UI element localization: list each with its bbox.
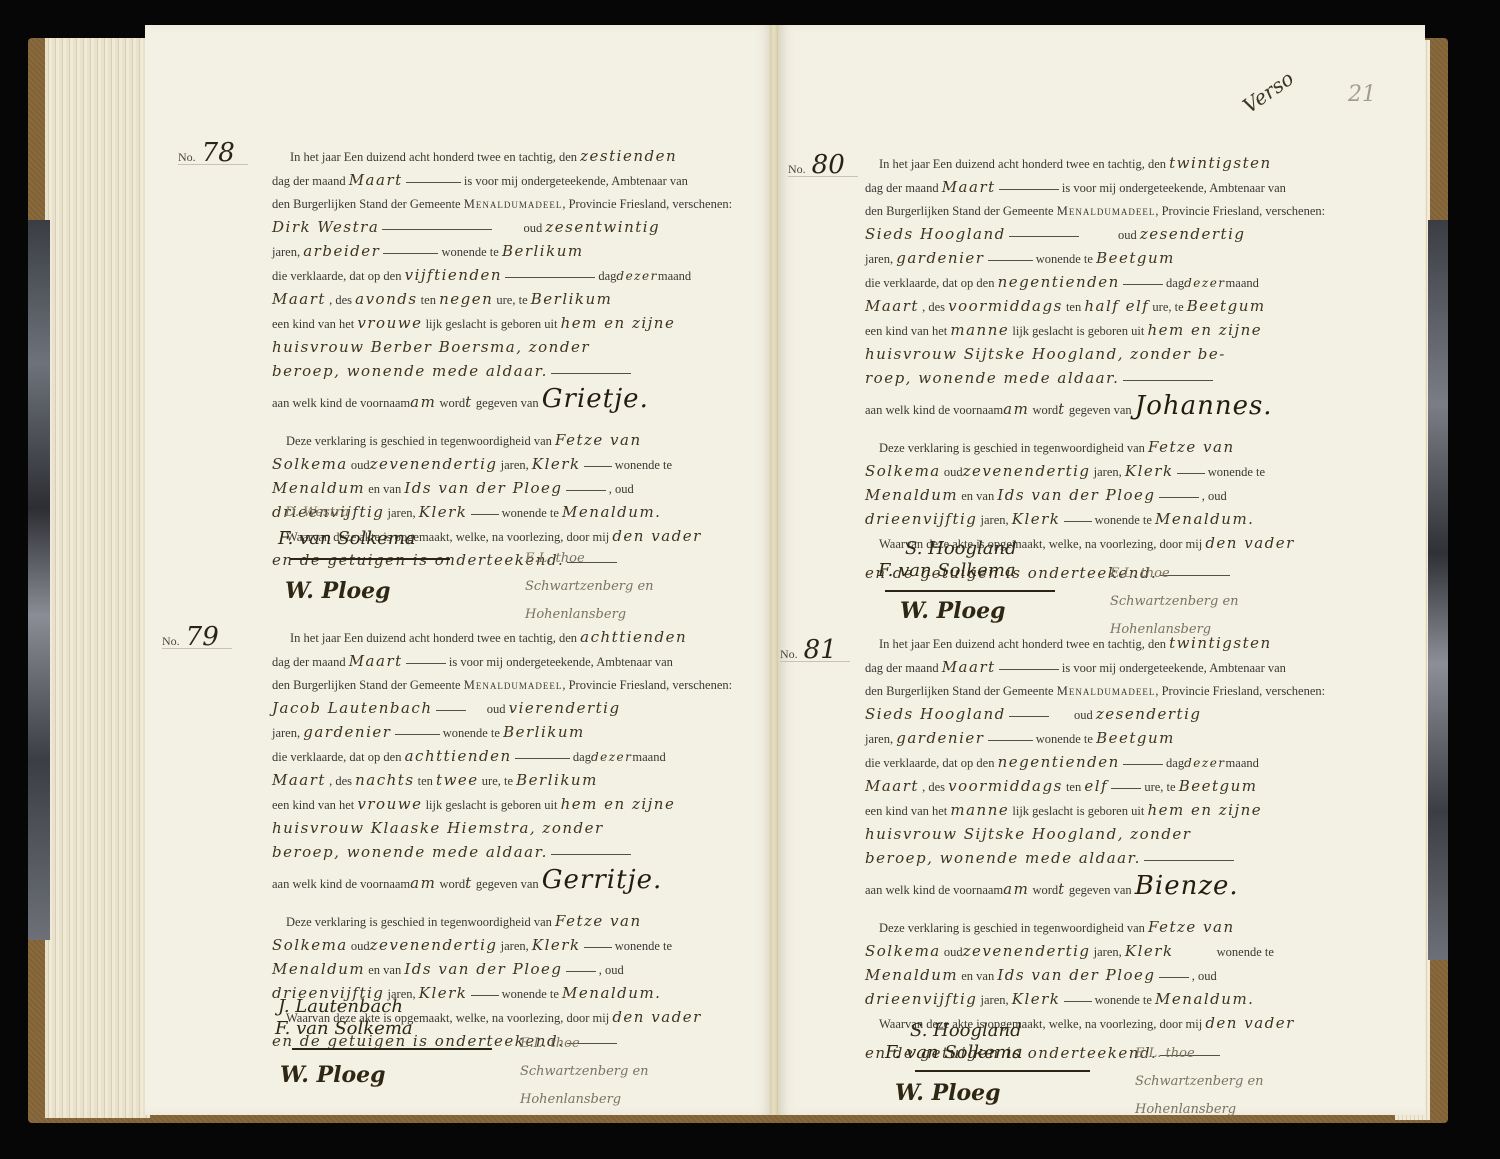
witness2-residence: Menaldum. xyxy=(562,503,661,521)
printed-text: , des xyxy=(922,780,945,794)
record-number: No.79 xyxy=(162,622,219,652)
witness2-occupation: Klerk xyxy=(419,984,468,1002)
deze: dezer xyxy=(1184,756,1225,770)
printed-text: , oud xyxy=(1202,489,1227,503)
printed-text: ure, te xyxy=(1144,780,1175,794)
printed-text: , des xyxy=(922,300,945,314)
no-label: No. xyxy=(178,150,196,164)
witness1-residence: Menaldum xyxy=(865,486,958,504)
printed-text: oud xyxy=(1074,708,1093,722)
printed-text: is voor mij ondergeteekende, Ambtenaar v… xyxy=(449,655,673,669)
printed-text: dag der maand xyxy=(865,181,939,195)
mother-residence: beroep, wonende mede aldaar. xyxy=(272,362,548,380)
printed-text: lijk geslacht is geboren uit xyxy=(1012,804,1144,818)
witness2-residence: Menaldum. xyxy=(562,984,661,1002)
printed-text: oud xyxy=(524,221,543,235)
record-number: No.81 xyxy=(780,635,837,665)
registration-month: Maart xyxy=(942,178,996,196)
printed-text: wonende te xyxy=(1036,252,1093,266)
declarant-name: Jacob Lautenbach xyxy=(272,699,433,717)
birth-hour: half elf xyxy=(1084,297,1149,315)
child-sex: vrouwe xyxy=(357,795,422,813)
printed-text: , oud xyxy=(599,963,624,977)
printed-text: den Burgerlijken Stand der Gemeente xyxy=(865,684,1054,698)
printed-text: jaren, xyxy=(981,993,1009,1007)
printed-text: die verklaarde, dat op den xyxy=(865,276,994,290)
printed-text: jaren, xyxy=(865,732,893,746)
printed-text: jaren, xyxy=(388,506,416,520)
declarant-name: Sieds Hoogland xyxy=(865,225,1006,243)
child-name: Grietje. xyxy=(542,384,649,414)
printed-text: wonende te xyxy=(615,939,672,953)
printed-text: word xyxy=(439,396,465,410)
witness2-signature: W. Ploeg xyxy=(900,598,1006,624)
printed-text: en van xyxy=(368,482,401,496)
printed-text: is voor mij ondergeteekende, Ambtenaar v… xyxy=(1062,181,1286,195)
birth-hour: elf xyxy=(1084,777,1108,795)
mother-residence: roep, wonende mede aldaar. xyxy=(865,369,1119,387)
witness2-name: Ids van der Ploeg xyxy=(404,479,562,497)
declarant-occupation: gardenier xyxy=(896,249,984,267)
printed-text: jaren, xyxy=(501,939,529,953)
declarant-name: Dirk Westra xyxy=(272,218,379,236)
birth-record: In het jaar Een duizend acht honderd twe… xyxy=(272,626,772,1054)
record-number: No.78 xyxy=(178,138,235,168)
printed-text: , oud xyxy=(1192,969,1217,983)
divider xyxy=(780,661,850,662)
printed-text: gegeven van xyxy=(1069,403,1132,417)
printed-text: en van xyxy=(961,969,994,983)
printed-text: , Provincie Friesland, verschenen: xyxy=(562,197,732,211)
father-signature: S. Hoogland xyxy=(910,1020,1022,1041)
declarant-residence: Beetgum xyxy=(1096,729,1175,747)
printed-text: gegeven van xyxy=(476,396,539,410)
witness1-age: zevenendertig xyxy=(370,455,498,473)
child-sex: manne xyxy=(950,321,1009,339)
printed-text: die verklaarde, dat op den xyxy=(272,750,401,764)
mother-residence: beroep, wonende mede aldaar. xyxy=(272,843,548,861)
declarant-residence: Berlikum xyxy=(502,242,584,260)
witness1-surname: Solkema xyxy=(865,462,941,480)
printed-text: die verklaarde, dat op den xyxy=(272,269,401,283)
printed-text: die verklaarde, dat op den xyxy=(865,756,994,770)
witness2-signature: W. Ploeg xyxy=(895,1080,1001,1106)
no-label: No. xyxy=(788,162,806,176)
printed-text: ten xyxy=(421,293,436,307)
printed-text: word xyxy=(1032,883,1058,897)
printed-text: jaren, xyxy=(1094,945,1122,959)
witness2-occupation: Klerk xyxy=(1012,510,1061,528)
mother: huisvrouw Klaaske Hiemstra, zonder xyxy=(272,819,604,837)
printed-text: , Provincie Friesland, verschenen: xyxy=(1155,684,1325,698)
printed-text: den Burgerlijken Stand der Gemeente xyxy=(865,204,1054,218)
printed-text: word xyxy=(439,877,465,891)
printed-text: oud xyxy=(351,939,370,953)
parents: hem en zijne xyxy=(1147,801,1262,819)
printed-text: ten xyxy=(1066,780,1081,794)
page-number: 21 xyxy=(1348,82,1376,107)
witness2-occupation: Klerk xyxy=(1012,990,1061,1008)
witness1-surname: Solkema xyxy=(272,455,348,473)
printed-text: jaren, xyxy=(1094,465,1122,479)
child-name: Bienze. xyxy=(1135,871,1239,901)
printed-text: gegeven van xyxy=(1069,883,1132,897)
father-signature: D. Westra xyxy=(285,505,349,520)
printed-text: , Provincie Friesland, verschenen: xyxy=(562,678,732,692)
witness1-occupation: Klerk xyxy=(532,936,581,954)
signature-underline xyxy=(915,1070,1090,1072)
parents: hem en zijne xyxy=(1147,321,1262,339)
printed-text: wonende te xyxy=(502,987,559,1001)
printed-text: aan welk kind de voornaam xyxy=(865,403,1003,417)
printed-text: Deze verklaring is geschied in tegenwoor… xyxy=(879,921,1145,935)
deze: dezer xyxy=(591,750,632,764)
printed-text: jaren, xyxy=(865,252,893,266)
printed-text: aan welk kind de voornaam xyxy=(272,396,410,410)
mother-residence: beroep, wonende mede aldaar. xyxy=(865,849,1141,867)
handwritten-suffix: am xyxy=(1003,880,1029,898)
official-signature: E.L. thoe Schwartzenberg en Hohenlansber… xyxy=(1135,1040,1305,1124)
divider xyxy=(162,648,232,649)
printed-text: en van xyxy=(961,489,994,503)
official-signature: E.L. thoe Schwartzenberg en Hohenlansber… xyxy=(525,545,675,629)
printed-text: een kind van het xyxy=(865,324,947,338)
printed-text: wonende te xyxy=(1095,513,1152,527)
signature-underline xyxy=(290,558,450,560)
birth-place: Berlikum xyxy=(516,771,598,789)
witness1-age: zevenendertig xyxy=(963,462,1091,480)
witness2-age: drieenvijftig xyxy=(865,990,977,1008)
printed-text: wonende te xyxy=(615,458,672,472)
witness2-age: drieenvijftig xyxy=(865,510,977,528)
birth-place: Beetgum xyxy=(1179,777,1258,795)
printed-text: maand xyxy=(632,750,665,764)
witness2-name: Ids van der Ploeg xyxy=(997,486,1155,504)
witness1-occupation: Klerk xyxy=(532,455,581,473)
printed-text: oud xyxy=(1118,228,1137,242)
declarant-name: Sieds Hoogland xyxy=(865,705,1006,723)
municipality: Menaldumadeel xyxy=(1057,684,1156,698)
mother: huisvrouw Sijtske Hoogland, zonder xyxy=(865,825,1191,843)
printed-text: wonende te xyxy=(443,726,500,740)
declarant-age: zesendertig xyxy=(1096,705,1202,723)
birth-month: Maart xyxy=(272,771,326,789)
witness1-name: Fetze van xyxy=(555,912,642,930)
mother: huisvrouw Berber Boersma, zonder xyxy=(272,338,590,356)
time-of-day: avonds xyxy=(355,290,417,308)
witness2-name: Ids van der Ploeg xyxy=(997,966,1155,984)
witness1-occupation: Klerk xyxy=(1125,942,1174,960)
handwritten-suffix: t xyxy=(1058,880,1066,898)
printed-text: een kind van het xyxy=(865,804,947,818)
printed-text: dag der maand xyxy=(865,661,939,675)
printed-text: jaren, xyxy=(272,726,300,740)
child-sex: vrouwe xyxy=(357,314,422,332)
father-signature: J. Lautenbach xyxy=(278,996,403,1017)
child-sex: manne xyxy=(950,801,1009,819)
child-name: Gerritje. xyxy=(542,865,663,895)
printed-text: dag xyxy=(573,750,591,764)
birth-record: In het jaar Een duizend acht honderd twe… xyxy=(865,632,1365,1066)
printed-text: wonende te xyxy=(1208,465,1265,479)
printed-text: jaren, xyxy=(981,513,1009,527)
printed-text: ure, te xyxy=(1152,300,1183,314)
printed-text: een kind van het xyxy=(272,317,354,331)
handwritten-suffix: t xyxy=(465,393,473,411)
handwritten-suffix: am xyxy=(410,393,436,411)
birth-record: In het jaar Een duizend acht honderd twe… xyxy=(865,152,1365,586)
printed-text: oud xyxy=(944,945,963,959)
registration-month: Maart xyxy=(349,171,403,189)
signed-by: den vader xyxy=(612,527,701,545)
municipality: Menaldumadeel xyxy=(464,197,563,211)
printed-text: en van xyxy=(368,963,401,977)
printed-text: Deze verklaring is geschied in tegenwoor… xyxy=(286,915,552,929)
record-number: No.80 xyxy=(788,150,845,180)
signed-by: den vader xyxy=(1205,534,1294,552)
birth-hour: negen xyxy=(439,290,493,308)
printed-text: In het jaar Een duizend acht honderd twe… xyxy=(290,631,577,645)
birth-place: Beetgum xyxy=(1187,297,1266,315)
registration-day: achttienden xyxy=(580,628,687,646)
no-label: No. xyxy=(780,647,798,661)
signature-underline xyxy=(885,590,1055,592)
printed-text: maand xyxy=(658,269,691,283)
handwritten-suffix: am xyxy=(1003,400,1029,418)
registration-month: Maart xyxy=(349,652,403,670)
printed-text: wonende te xyxy=(502,506,559,520)
declarant-age: vierendertig xyxy=(509,699,621,717)
declarant-age: zesentwintig xyxy=(545,218,660,236)
witness2-name: Ids van der Ploeg xyxy=(404,960,562,978)
printed-text: ure, te xyxy=(482,774,513,788)
printed-text: lijk geslacht is geboren uit xyxy=(426,317,558,331)
printed-text: wonende te xyxy=(1217,945,1274,959)
witness1-age: zevenendertig xyxy=(370,936,498,954)
witness1-signature: F. van Solkema xyxy=(878,560,1016,581)
no-label: No. xyxy=(162,634,180,648)
witness2-signature: W. Ploeg xyxy=(285,578,391,604)
printed-text: Deze verklaring is geschied in tegenwoor… xyxy=(879,441,1145,455)
witness1-signature: F. van Solkema xyxy=(885,1042,1023,1063)
declarant-occupation: arbeider xyxy=(303,242,380,260)
printed-text: aan welk kind de voornaam xyxy=(865,883,1003,897)
printed-text: gegeven van xyxy=(476,877,539,891)
witness1-surname: Solkema xyxy=(865,942,941,960)
printed-text: , des xyxy=(329,293,352,307)
marbled-board-right xyxy=(1428,220,1448,960)
printed-text: dag der maand xyxy=(272,174,346,188)
witness2-residence: Menaldum. xyxy=(1155,510,1254,528)
printed-text: dag der maand xyxy=(272,655,346,669)
printed-text: wonende te xyxy=(1036,732,1093,746)
printed-text: , des xyxy=(329,774,352,788)
declarant-occupation: gardenier xyxy=(303,723,391,741)
birth-place: Berlikum xyxy=(531,290,613,308)
printed-text: lijk geslacht is geboren uit xyxy=(1012,324,1144,338)
handwritten-suffix: am xyxy=(410,874,436,892)
printed-text: een kind van het xyxy=(272,798,354,812)
printed-text: aan welk kind de voornaam xyxy=(272,877,410,891)
witness1-age: zevenendertig xyxy=(963,942,1091,960)
printed-text: wonende te xyxy=(1095,993,1152,1007)
child-name: Johannes. xyxy=(1135,391,1273,421)
witness1-residence: Menaldum xyxy=(272,960,365,978)
birth-day: vijftienden xyxy=(405,266,502,284)
marbled-board-left xyxy=(28,220,50,940)
printed-text: In het jaar Een duizend acht honderd twe… xyxy=(879,637,1166,651)
witness1-name: Fetze van xyxy=(1148,918,1235,936)
divider xyxy=(178,164,248,165)
witness1-signature: F. van Solkema xyxy=(275,1018,413,1039)
handwritten-suffix: t xyxy=(465,874,473,892)
printed-text: ure, te xyxy=(496,293,527,307)
registration-day: zestienden xyxy=(580,147,677,165)
declarant-residence: Berlikum xyxy=(503,723,585,741)
time-of-day: nachts xyxy=(355,771,414,789)
printed-text: ten xyxy=(1066,300,1081,314)
printed-text: dag xyxy=(1166,756,1184,770)
printed-text: , Provincie Friesland, verschenen: xyxy=(1155,204,1325,218)
printed-text: oud xyxy=(351,458,370,472)
signed-by: den vader xyxy=(1205,1014,1294,1032)
witness1-surname: Solkema xyxy=(272,936,348,954)
parents: hem en zijne xyxy=(561,314,676,332)
deze: dezer xyxy=(616,269,657,283)
signature-underline xyxy=(292,1048,492,1050)
birth-hour: twee xyxy=(436,771,479,789)
printed-text: word xyxy=(1032,403,1058,417)
witness1-name: Fetze van xyxy=(555,431,642,449)
parents: hem en zijne xyxy=(561,795,676,813)
printed-text: jaren, xyxy=(272,245,300,259)
handwritten-suffix: t xyxy=(1058,400,1066,418)
printed-text: wonende te xyxy=(442,245,499,259)
birth-day: achttienden xyxy=(405,747,512,765)
printed-text: maand xyxy=(1226,276,1259,290)
deze: dezer xyxy=(1184,276,1225,290)
signed-by: den vader xyxy=(612,1008,701,1026)
witness1-residence: Menaldum xyxy=(272,479,365,497)
printed-text: In het jaar Een duizend acht honderd twe… xyxy=(879,157,1166,171)
time-of-day: voormiddags xyxy=(948,297,1063,315)
time-of-day: voormiddags xyxy=(948,777,1063,795)
printed-text: ten xyxy=(418,774,433,788)
witness2-occupation: Klerk xyxy=(419,503,468,521)
official-signature: E.L. thoe Schwartzenberg en Hohenlansber… xyxy=(520,1030,690,1114)
father-signature: S. Hoogland xyxy=(905,538,1017,559)
printed-text: oud xyxy=(944,465,963,479)
witness2-residence: Menaldum. xyxy=(1155,990,1254,1008)
printed-text: is voor mij ondergeteekende, Ambtenaar v… xyxy=(464,174,688,188)
birth-day: negentienden xyxy=(998,273,1120,291)
witness1-occupation: Klerk xyxy=(1125,462,1174,480)
printed-text: den Burgerlijken Stand der Gemeente xyxy=(272,197,461,211)
declarant-age: zesendertig xyxy=(1140,225,1246,243)
birth-month: Maart xyxy=(865,297,919,315)
mother: huisvrouw Sijtske Hoogland, zonder be- xyxy=(865,345,1226,363)
municipality: Menaldumadeel xyxy=(464,678,563,692)
printed-text: , oud xyxy=(609,482,634,496)
witness1-signature: F. van Solkema xyxy=(278,528,416,549)
declarant-occupation: gardenier xyxy=(896,729,984,747)
registration-day: twintigsten xyxy=(1169,154,1272,172)
registration-month: Maart xyxy=(942,658,996,676)
declarant-residence: Beetgum xyxy=(1096,249,1175,267)
printed-text: maand xyxy=(1226,756,1259,770)
page-stack-left xyxy=(45,38,150,1118)
signed-by-cont: en de getuigen is onderteekend. xyxy=(272,551,564,569)
divider xyxy=(788,176,858,177)
birth-month: Maart xyxy=(865,777,919,795)
printed-text: is voor mij ondergeteekende, Ambtenaar v… xyxy=(1062,661,1286,675)
printed-text: den Burgerlijken Stand der Gemeente xyxy=(272,678,461,692)
printed-text: dag xyxy=(598,269,616,283)
printed-text: jaren, xyxy=(501,458,529,472)
witness2-signature: W. Ploeg xyxy=(280,1062,386,1088)
witness1-name: Fetze van xyxy=(1148,438,1235,456)
municipality: Menaldumadeel xyxy=(1057,204,1156,218)
printed-text: oud xyxy=(487,702,506,716)
witness1-residence: Menaldum xyxy=(865,966,958,984)
registration-day: twintigsten xyxy=(1169,634,1272,652)
printed-text: In het jaar Een duizend acht honderd twe… xyxy=(290,150,577,164)
birth-day: negentienden xyxy=(998,753,1120,771)
printed-text: Deze verklaring is geschied in tegenwoor… xyxy=(286,434,552,448)
printed-text: lijk geslacht is geboren uit xyxy=(426,798,558,812)
birth-month: Maart xyxy=(272,290,326,308)
printed-text: dag xyxy=(1166,276,1184,290)
